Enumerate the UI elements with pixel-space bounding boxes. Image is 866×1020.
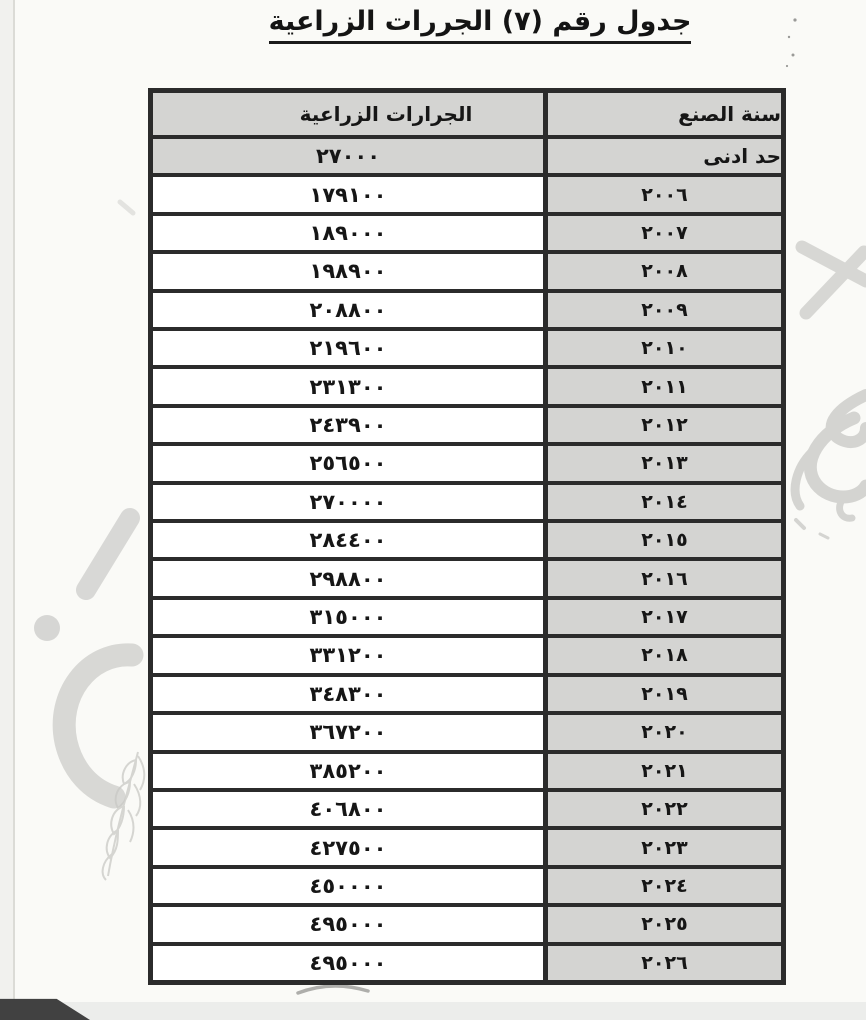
year-value: ٢٠١٩ bbox=[641, 683, 687, 705]
table-row: ١٨٩٠٠٠ ٢٠٠٧ bbox=[153, 216, 781, 254]
tractor-value: ١٨٩٠٠٠ bbox=[310, 221, 387, 245]
tractor-value-cell: ٤٩٥٠٠٠ bbox=[153, 907, 548, 941]
tractor-value-cell: ٢٧٠٠٠٠ bbox=[153, 485, 548, 519]
tractor-value: ٢٧٠٠٠٠ bbox=[310, 490, 387, 514]
stamp-dot-watermark bbox=[34, 615, 60, 641]
tractor-value: ١٧٩١٠٠ bbox=[310, 183, 387, 207]
tractors-column-header-cell: الجرارات الزراعية bbox=[153, 93, 548, 135]
tractor-value: ٤٩٥٠٠٠ bbox=[310, 912, 387, 936]
year-value: ٢٠١٨ bbox=[641, 644, 687, 666]
tractor-value: ٢٨٤٤٠٠ bbox=[310, 528, 387, 552]
tractor-value: ١٩٨٩٠٠ bbox=[310, 259, 387, 283]
tractor-value-cell: ٢٨٤٤٠٠ bbox=[153, 523, 548, 557]
year-value: ٢٠٢٥ bbox=[641, 913, 687, 935]
tractor-value: ٤٠٦٨٠٠ bbox=[310, 797, 387, 821]
year-value: ٢٠٠٩ bbox=[641, 299, 687, 321]
table-row: ١٩٨٩٠٠ ٢٠٠٨ bbox=[153, 254, 781, 292]
stamp-crescent-watermark bbox=[64, 655, 132, 797]
tractor-rates-table: الجرارات الزراعية سنة الصنع ٢٧٠٠٠ حد ادن… bbox=[148, 88, 786, 985]
year-value: ٢٠٢٤ bbox=[641, 875, 687, 897]
year-cell: ٢٠٠٧ bbox=[548, 216, 781, 250]
year-value: ٢٠٠٨ bbox=[641, 260, 687, 282]
year-cell: ٢٠١٤ bbox=[548, 485, 781, 519]
year-value: ٢٠١٤ bbox=[641, 491, 687, 513]
year-value: ٢٠٠٦ bbox=[641, 184, 687, 206]
stamp-arrow-watermark bbox=[802, 247, 866, 313]
table-row: ٤٥٠٠٠٠ ٢٠٢٤ bbox=[153, 869, 781, 907]
table-row: ٣٦٧٢٠٠ ٢٠٢٠ bbox=[153, 715, 781, 753]
tractor-value-cell: ٢٣١٣٠٠ bbox=[153, 369, 548, 403]
year-cell: ٢٠٢١ bbox=[548, 754, 781, 788]
tractor-value-cell: ٣٤٨٣٠٠ bbox=[153, 677, 548, 711]
year-value: ٢٠١٢ bbox=[641, 414, 687, 436]
tractor-value-cell: ٤٩٥٠٠٠ bbox=[153, 946, 548, 980]
tractor-value: ٣١٥٠٠٠ bbox=[310, 605, 387, 629]
year-cell: ٢٠١٢ bbox=[548, 408, 781, 442]
year-cell: ٢٠١٩ bbox=[548, 677, 781, 711]
tractor-value-cell: ٣٨٥٢٠٠ bbox=[153, 754, 548, 788]
year-cell: ٢٠٢٤ bbox=[548, 869, 781, 903]
table-row: ٣١٥٠٠٠ ٢٠١٧ bbox=[153, 600, 781, 638]
year-cell: ٢٠٢٢ bbox=[548, 792, 781, 826]
table-row: ٣٣١٢٠٠ ٢٠١٨ bbox=[153, 638, 781, 676]
tractor-value: ٢٥٦٥٠٠ bbox=[310, 451, 387, 475]
year-value: ٢٠٢٦ bbox=[641, 952, 687, 974]
scan-arc-mark bbox=[298, 986, 368, 993]
year-cell: ٢٠٢٠ bbox=[548, 715, 781, 749]
tractor-value: ٢٣١٣٠٠ bbox=[310, 375, 387, 399]
year-cell: ٢٠٠٦ bbox=[548, 177, 781, 211]
year-value: ٢٠١٧ bbox=[641, 606, 687, 628]
document-title: جدول رقم (٧) الجررات الزراعية bbox=[269, 5, 692, 44]
table-row: ٤٢٧٥٠٠ ٢٠٢٣ bbox=[153, 830, 781, 868]
tractor-value: ٢٩٨٨٠٠ bbox=[310, 567, 387, 591]
table-row: ٢٨٤٤٠٠ ٢٠١٥ bbox=[153, 523, 781, 561]
year-value: ٢٠٢١ bbox=[641, 760, 687, 782]
tractor-value: ٤٢٧٥٠٠ bbox=[310, 836, 387, 860]
year-value: ٢٠٢٢ bbox=[641, 798, 687, 820]
tractor-value-cell: ٤٠٦٨٠٠ bbox=[153, 792, 548, 826]
year-cell: ٢٠١٧ bbox=[548, 600, 781, 634]
year-cell: ٢٠١١ bbox=[548, 369, 781, 403]
tractor-value-cell: ٣٣١٢٠٠ bbox=[153, 638, 548, 672]
year-column-header-cell: سنة الصنع bbox=[548, 93, 781, 135]
tractor-value-cell: ٣٦٧٢٠٠ bbox=[153, 715, 548, 749]
table-row: ١٧٩١٠٠ ٢٠٠٦ bbox=[153, 177, 781, 215]
tractor-value: ٣٦٧٢٠٠ bbox=[310, 720, 387, 744]
table-row: ٢١٩٦٠٠ ٢٠١٠ bbox=[153, 331, 781, 369]
tractors-column-header: الجرارات الزراعية bbox=[300, 102, 473, 126]
year-cell: ٢٠٠٩ bbox=[548, 293, 781, 327]
year-cell: ٢٠٢٣ bbox=[548, 830, 781, 864]
year-value: ٢٠١٣ bbox=[641, 452, 687, 474]
tractor-value-cell: ٢٥٦٥٠٠ bbox=[153, 446, 548, 480]
tractor-value: ٢٠٨٨٠٠ bbox=[310, 298, 387, 322]
table-row: ٢٩٨٨٠٠ ٢٠١٦ bbox=[153, 561, 781, 599]
tractor-value-cell: ٤٥٠٠٠٠ bbox=[153, 869, 548, 903]
stamp-swirl-watermark bbox=[795, 395, 866, 538]
year-value: ٢٠١٠ bbox=[641, 337, 687, 359]
tractor-value-cell: ٢٤٣٩٠٠ bbox=[153, 408, 548, 442]
year-value: ٢٠١٥ bbox=[641, 529, 687, 551]
table-header-row: الجرارات الزراعية سنة الصنع bbox=[153, 93, 781, 139]
table-row: ٢٠٨٨٠٠ ٢٠٠٩ bbox=[153, 293, 781, 331]
tractor-value-cell: ٢٠٨٨٠٠ bbox=[153, 293, 548, 327]
year-cell: ٢٠٢٥ bbox=[548, 907, 781, 941]
scan-smudge-mark bbox=[120, 202, 133, 213]
minimum-label: حد ادنى bbox=[703, 144, 781, 168]
tractor-value-cell: ١٩٨٩٠٠ bbox=[153, 254, 548, 288]
tractor-value-cell: ٢٩٨٨٠٠ bbox=[153, 561, 548, 595]
table-row: ٢٥٦٥٠٠ ٢٠١٣ bbox=[153, 446, 781, 484]
tractor-value: ٢٤٣٩٠٠ bbox=[310, 413, 387, 437]
tractor-value-cell: ٤٢٧٥٠٠ bbox=[153, 830, 548, 864]
year-cell: ٢٠١٦ bbox=[548, 561, 781, 595]
minimum-row: ٢٧٠٠٠ حد ادنى bbox=[153, 139, 781, 177]
year-value: ٢٠٢٣ bbox=[641, 837, 687, 859]
page-fold-edge bbox=[0, 0, 15, 1020]
table-row: ٢٧٠٠٠٠ ٢٠١٤ bbox=[153, 485, 781, 523]
document-title-wrap: جدول رقم (٧) الجررات الزراعية bbox=[160, 5, 800, 44]
tractor-value-cell: ٢١٩٦٠٠ bbox=[153, 331, 548, 365]
year-cell: ٢٠١٨ bbox=[548, 638, 781, 672]
tractor-value: ٤٩٥٠٠٠ bbox=[310, 951, 387, 975]
tractor-value-cell: ١٧٩١٠٠ bbox=[153, 177, 548, 211]
bottom-shadow-band bbox=[0, 1002, 866, 1020]
table-row: ٤٠٦٨٠٠ ٢٠٢٢ bbox=[153, 792, 781, 830]
year-cell: ٢٠١٥ bbox=[548, 523, 781, 557]
table-row: ٣٨٥٢٠٠ ٢٠٢١ bbox=[153, 754, 781, 792]
tractor-value: ٣٣١٢٠٠ bbox=[310, 643, 387, 667]
year-column-header: سنة الصنع bbox=[678, 102, 781, 126]
year-value: ٢٠١١ bbox=[641, 376, 687, 398]
table-row: ٤٩٥٠٠٠ ٢٠٢٦ bbox=[153, 946, 781, 980]
tractor-value: ٣٤٨٣٠٠ bbox=[310, 682, 387, 706]
stamp-stroke-watermark bbox=[86, 518, 130, 590]
minimum-value: ٢٧٠٠٠ bbox=[316, 144, 380, 168]
scanned-document-page: جدول رقم (٧) الجررات الزراعية الجرارات ا… bbox=[0, 0, 866, 1020]
tractor-value-cell: ١٨٩٠٠٠ bbox=[153, 216, 548, 250]
minimum-label-cell: حد ادنى bbox=[548, 139, 781, 173]
year-value: ٢٠٠٧ bbox=[641, 222, 687, 244]
tractor-value: ٤٥٠٠٠٠ bbox=[310, 874, 387, 898]
year-cell: ٢٠١٣ bbox=[548, 446, 781, 480]
table-row: ٢٣١٣٠٠ ٢٠١١ bbox=[153, 369, 781, 407]
year-cell: ٢٠٢٦ bbox=[548, 946, 781, 980]
year-cell: ٢٠٠٨ bbox=[548, 254, 781, 288]
wheat-sprig-watermark bbox=[103, 752, 145, 880]
tractor-value-cell: ٣١٥٠٠٠ bbox=[153, 600, 548, 634]
tractor-value: ٣٨٥٢٠٠ bbox=[310, 759, 387, 783]
table-row: ٤٩٥٠٠٠ ٢٠٢٥ bbox=[153, 907, 781, 945]
year-value: ٢٠١٦ bbox=[641, 568, 687, 590]
minimum-value-cell: ٢٧٠٠٠ bbox=[153, 139, 548, 173]
table-row: ٢٤٣٩٠٠ ٢٠١٢ bbox=[153, 408, 781, 446]
table-row: ٣٤٨٣٠٠ ٢٠١٩ bbox=[153, 677, 781, 715]
year-cell: ٢٠١٠ bbox=[548, 331, 781, 365]
year-value: ٢٠٢٠ bbox=[641, 721, 687, 743]
tractor-value: ٢١٩٦٠٠ bbox=[310, 336, 387, 360]
